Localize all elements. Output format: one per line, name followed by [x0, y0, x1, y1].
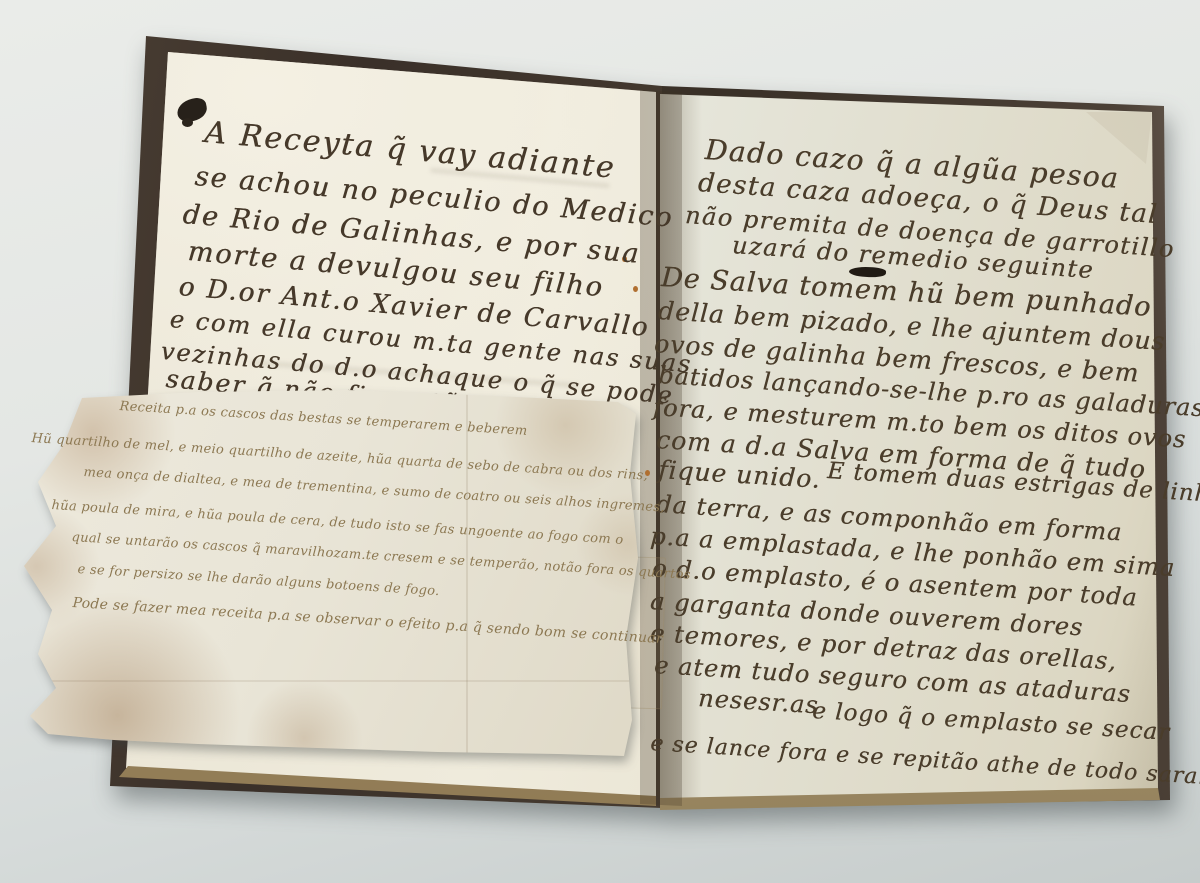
- note-crease: [18, 680, 640, 682]
- note-crease: [466, 388, 468, 760]
- photo-scene: A Receyta q̃ vay adiante se achou no pec…: [0, 0, 1200, 883]
